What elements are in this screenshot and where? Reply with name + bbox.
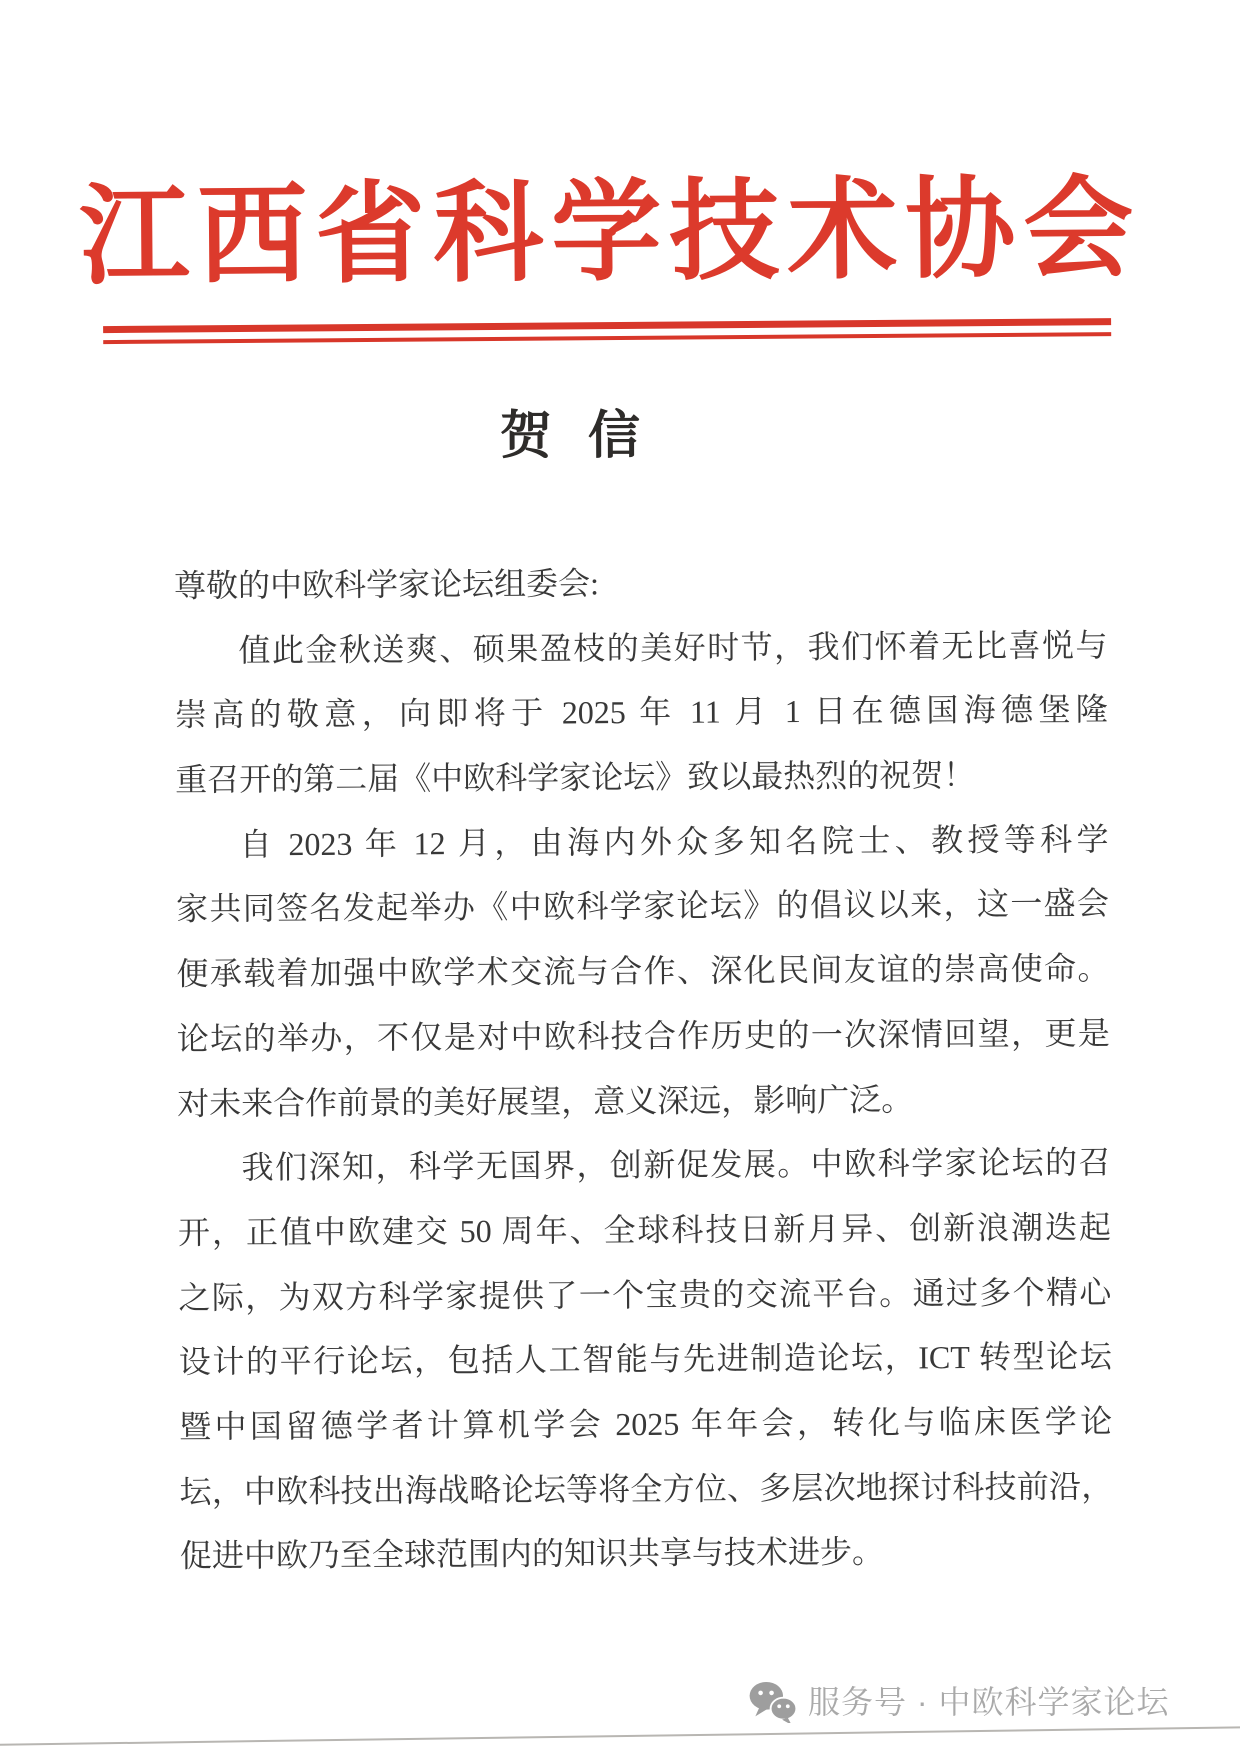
body-line: 促进中欧乃至全球范围内的知识共享与技术进步。 — [180, 1518, 1113, 1588]
letter-body: 尊敬的中欧科学家论坛组委会: 值此金秋送爽、硕果盈枝的美好时节，我们怀着无比喜悦… — [174, 548, 1113, 1589]
body-line: 设计的平行论坛，包括人工智能与先进制造论坛，ICT 转型论坛 — [179, 1324, 1112, 1394]
body-line: 崇高的敬意，向即将于 2025 年 11 月 1 日在德国海德堡隆 — [175, 678, 1108, 748]
scan-edge-line — [0, 1726, 1240, 1746]
letterhead-org-name: 江西省科学技术协会 — [0, 163, 1231, 303]
body-line: 对未来合作前景的美好展望，意义深远，影响广泛。 — [177, 1066, 1110, 1136]
body-line: 自 2023 年 12 月，由海内外众多知名院士、教授等科学 — [175, 807, 1108, 877]
body-line: 家共同签名发起举办《中欧科学家论坛》的倡议以来，这一盛会 — [176, 872, 1109, 942]
body-line: 值此金秋送爽、硕果盈枝的美好时节，我们怀着无比喜悦与 — [174, 613, 1107, 683]
body-line: 暨中国留德学者计算机学会 2025 年年会，转化与临床医学论 — [179, 1389, 1112, 1459]
body-line: 论坛的举办，不仅是对中欧科技合作历史的一次深情回望，更是 — [177, 1001, 1110, 1071]
salutation-line: 尊敬的中欧科学家论坛组委会: — [174, 548, 1107, 618]
body-line: 坛，中欧科技出海战略论坛等将全方位、多层次地探讨科技前沿， — [179, 1454, 1112, 1524]
body-line: 便承载着加强中欧学术交流与合作、深化民间友谊的崇高使命。 — [176, 936, 1109, 1006]
footer-watermark: 服务号 · 中欧科学家论坛 — [748, 1678, 1169, 1726]
watermark-text: 服务号 · 中欧科学家论坛 — [808, 1678, 1169, 1726]
body-line: 重召开的第二届《中欧科学家论坛》致以最热烈的祝贺！ — [175, 742, 1108, 812]
body-line: 开，正值中欧建交 50 周年、全球科技日新月异、创新浪潮迭起 — [178, 1195, 1111, 1265]
body-line: 我们深知，科学无国界，创新促发展。中欧科学家论坛的召 — [177, 1130, 1110, 1200]
scanned-letter-page: 江西省科学技术协会 贺信 尊敬的中欧科学家论坛组委会: 值此金秋送爽、硕果盈枝的… — [0, 0, 1240, 1755]
letterhead-rule-thin — [103, 332, 1111, 344]
body-line: 之际，为双方科学家提供了一个宝贵的交流平台。通过多个精心 — [178, 1260, 1111, 1330]
wechat-icon — [748, 1681, 798, 1723]
letter-title: 贺信 — [0, 406, 1208, 468]
letterhead-rule-thick — [103, 318, 1111, 333]
letterhead: 江西省科学技术协会 — [0, 0, 1240, 375]
